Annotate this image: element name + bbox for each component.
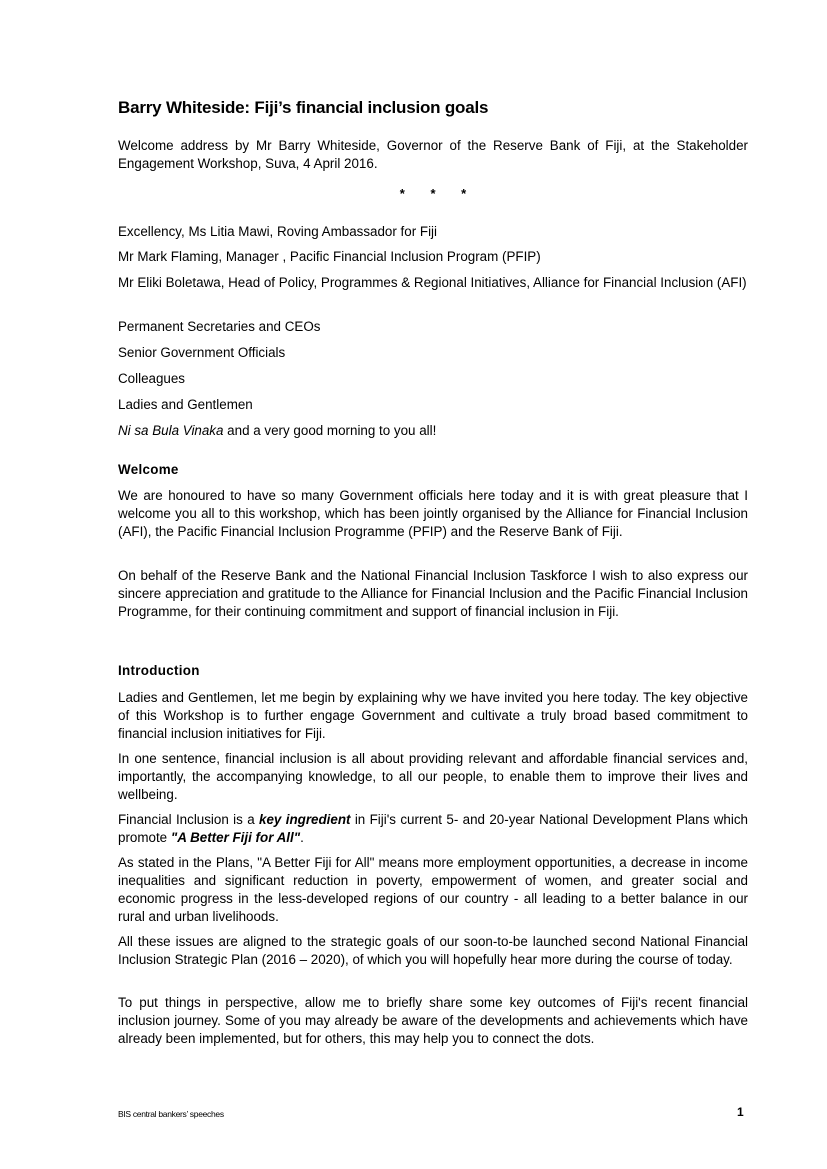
welcome-paragraph-1: We are honoured to have so many Governme… — [118, 487, 748, 541]
intro-paragraph-5: To put things in perspective, allow me t… — [118, 994, 748, 1048]
salutation-2: Mr Mark Flaming, Manager , Pacific Finan… — [118, 248, 748, 266]
salutation-4: Permanent Secretaries and CEOs — [118, 318, 748, 336]
greeting-fijian: Ni sa Bula Vinaka — [118, 423, 223, 438]
subtitle: Welcome address by Mr Barry Whiteside, G… — [118, 137, 748, 173]
key-part-1: Financial Inclusion is a — [118, 812, 259, 827]
salutation-3: Mr Eliki Boletawa, Head of Policy, Progr… — [118, 274, 748, 292]
welcome-paragraph-2: On behalf of the Reserve Bank and the Na… — [118, 567, 748, 621]
salutation-6: Colleagues — [118, 370, 748, 388]
greeting: Ni sa Bula Vinaka and a very good mornin… — [118, 422, 748, 440]
separator: * * * — [118, 186, 748, 201]
footer-source: BIS central bankers’ speeches — [118, 1109, 224, 1119]
intro-paragraph-4: All these issues are aligned to the stra… — [118, 933, 748, 969]
intro-paragraph-1: Ladies and Gentlemen, let me begin by ex… — [118, 689, 748, 743]
page-number: 1 — [737, 1105, 744, 1119]
greeting-rest: and a very good morning to you all! — [223, 423, 436, 438]
intro-paragraph-2: In one sentence, financial inclusion is … — [118, 750, 748, 804]
salutation-1: Excellency, Ms Litia Mawi, Roving Ambass… — [118, 223, 748, 241]
page-title: Barry Whiteside: Fiji’s financial inclus… — [118, 98, 748, 118]
salutation-5: Senior Government Officials — [118, 344, 748, 362]
key-ingredient-emphasis: key ingredient — [259, 812, 350, 827]
key-part-3: . — [300, 830, 304, 845]
intro-paragraph-key-ingredient: Financial Inclusion is a key ingredient … — [118, 811, 748, 847]
salutation-7: Ladies and Gentlemen — [118, 396, 748, 414]
section-heading-introduction: Introduction — [118, 663, 748, 678]
section-heading-welcome: Welcome — [118, 462, 748, 477]
better-fiji-emphasis: "A Better Fiji for All" — [171, 830, 300, 845]
intro-paragraph-3: As stated in the Plans, "A Better Fiji f… — [118, 854, 748, 926]
